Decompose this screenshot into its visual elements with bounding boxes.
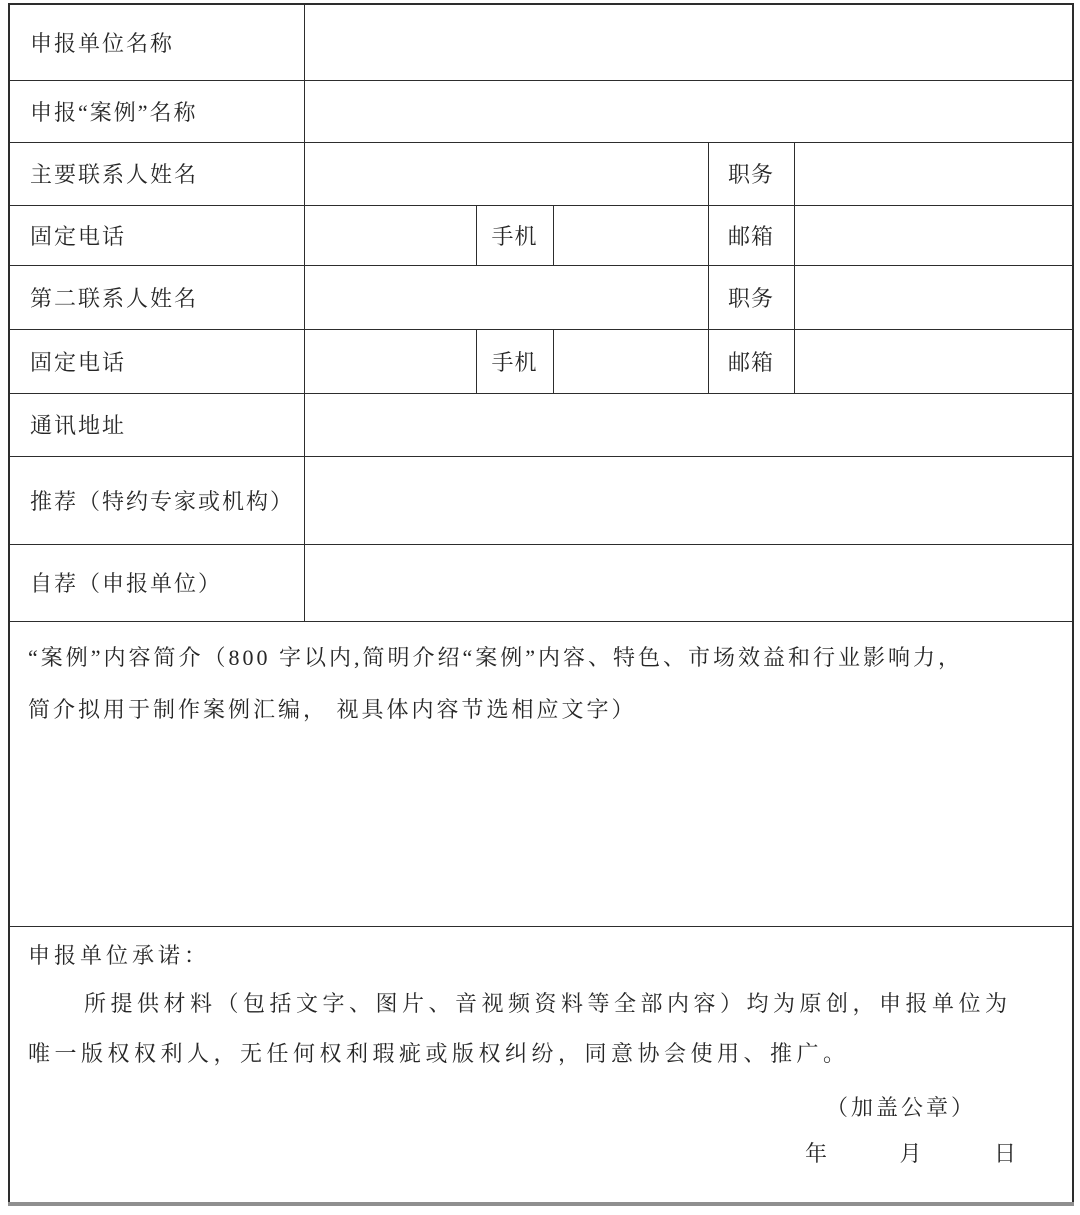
secondary-mobile-input[interactable] (553, 329, 708, 393)
secondary-mobile-label: 手机 (476, 329, 553, 393)
case-name-label: 申报“案例”名称 (9, 80, 304, 142)
secondary-email-input[interactable] (794, 329, 1073, 393)
self-recommendation-input[interactable] (304, 544, 1073, 621)
secondary-email-label: 邮箱 (708, 329, 794, 393)
primary-landline-label: 固定电话 (9, 205, 304, 265)
commitment-cell: 申报单位承诺： 所提供材料（包括文字、图片、音视频资料等全部内容）均为原创，申报… (9, 926, 1073, 1204)
case-name-input[interactable] (304, 80, 1073, 142)
row-secondary-phone: 固定电话 手机 邮箱 (9, 329, 1073, 393)
secondary-landline-label: 固定电话 (9, 329, 304, 393)
unit-name-input[interactable] (304, 4, 1073, 80)
address-label: 通讯地址 (9, 393, 304, 456)
secondary-position-label: 职务 (708, 265, 794, 329)
row-commitment: 申报单位承诺： 所提供材料（包括文字、图片、音视频资料等全部内容）均为原创，申报… (9, 926, 1073, 1204)
row-self-recommendation: 自荐（申报单位） (9, 544, 1073, 621)
primary-email-label: 邮箱 (708, 205, 794, 265)
primary-contact-input[interactable] (304, 142, 708, 205)
application-form-page: 申报单位名称 申报“案例”名称 主要联系人姓名 职务 固定电话 手机 邮箱 第二… (0, 0, 1080, 1215)
commitment-title: 申报单位承诺： (28, 933, 1056, 979)
row-secondary-contact: 第二联系人姓名 职务 (9, 265, 1073, 329)
commitment-body-line2: 唯一版权权利人，无任何权利瑕疵或版权纠纷，同意协会使用、推广。 (28, 1029, 1056, 1079)
seal-note: （加盖公章） (28, 1085, 1056, 1131)
date-line[interactable]: 年 月 日 (28, 1131, 1056, 1177)
primary-position-label: 职务 (708, 142, 794, 205)
primary-mobile-label: 手机 (476, 205, 553, 265)
row-case-intro: “案例”内容简介（800 字以内,简明介绍“案例”内容、特色、市场效益和行业影响… (9, 621, 1073, 926)
date-day-label: 日 (994, 1131, 1018, 1177)
case-intro-instructions-line2: 简介拟用于制作案例汇编， 视具体内容节选相应文字） (28, 684, 1056, 736)
self-recommendation-label: 自荐（申报单位） (9, 544, 304, 621)
primary-mobile-input[interactable] (553, 205, 708, 265)
unit-name-label: 申报单位名称 (9, 4, 304, 80)
case-intro-instructions-line1: “案例”内容简介（800 字以内,简明介绍“案例”内容、特色、市场效益和行业影响… (28, 632, 1056, 684)
secondary-position-input[interactable] (794, 265, 1073, 329)
row-primary-phone: 固定电话 手机 邮箱 (9, 205, 1073, 265)
primary-landline-input[interactable] (304, 205, 476, 265)
recommendation-label: 推荐（特约专家或机构） (9, 456, 304, 544)
case-intro-input[interactable]: “案例”内容简介（800 字以内,简明介绍“案例”内容、特色、市场效益和行业影响… (9, 621, 1073, 926)
row-address: 通讯地址 (9, 393, 1073, 456)
date-month-label: 月 (899, 1131, 923, 1177)
secondary-landline-input[interactable] (304, 329, 476, 393)
primary-email-input[interactable] (794, 205, 1073, 265)
commitment-body-line1: 所提供材料（包括文字、图片、音视频资料等全部内容）均为原创，申报单位为 (28, 979, 1056, 1029)
application-form-table: 申报单位名称 申报“案例”名称 主要联系人姓名 职务 固定电话 手机 邮箱 第二… (8, 3, 1074, 1206)
recommendation-input[interactable] (304, 456, 1073, 544)
row-case-name: 申报“案例”名称 (9, 80, 1073, 142)
secondary-contact-input[interactable] (304, 265, 708, 329)
address-input[interactable] (304, 393, 1073, 456)
primary-contact-label: 主要联系人姓名 (9, 142, 304, 205)
primary-position-input[interactable] (794, 142, 1073, 205)
row-primary-contact: 主要联系人姓名 职务 (9, 142, 1073, 205)
date-year-label: 年 (805, 1141, 829, 1166)
row-recommendation: 推荐（特约专家或机构） (9, 456, 1073, 544)
secondary-contact-label: 第二联系人姓名 (9, 265, 304, 329)
row-unit-name: 申报单位名称 (9, 4, 1073, 80)
